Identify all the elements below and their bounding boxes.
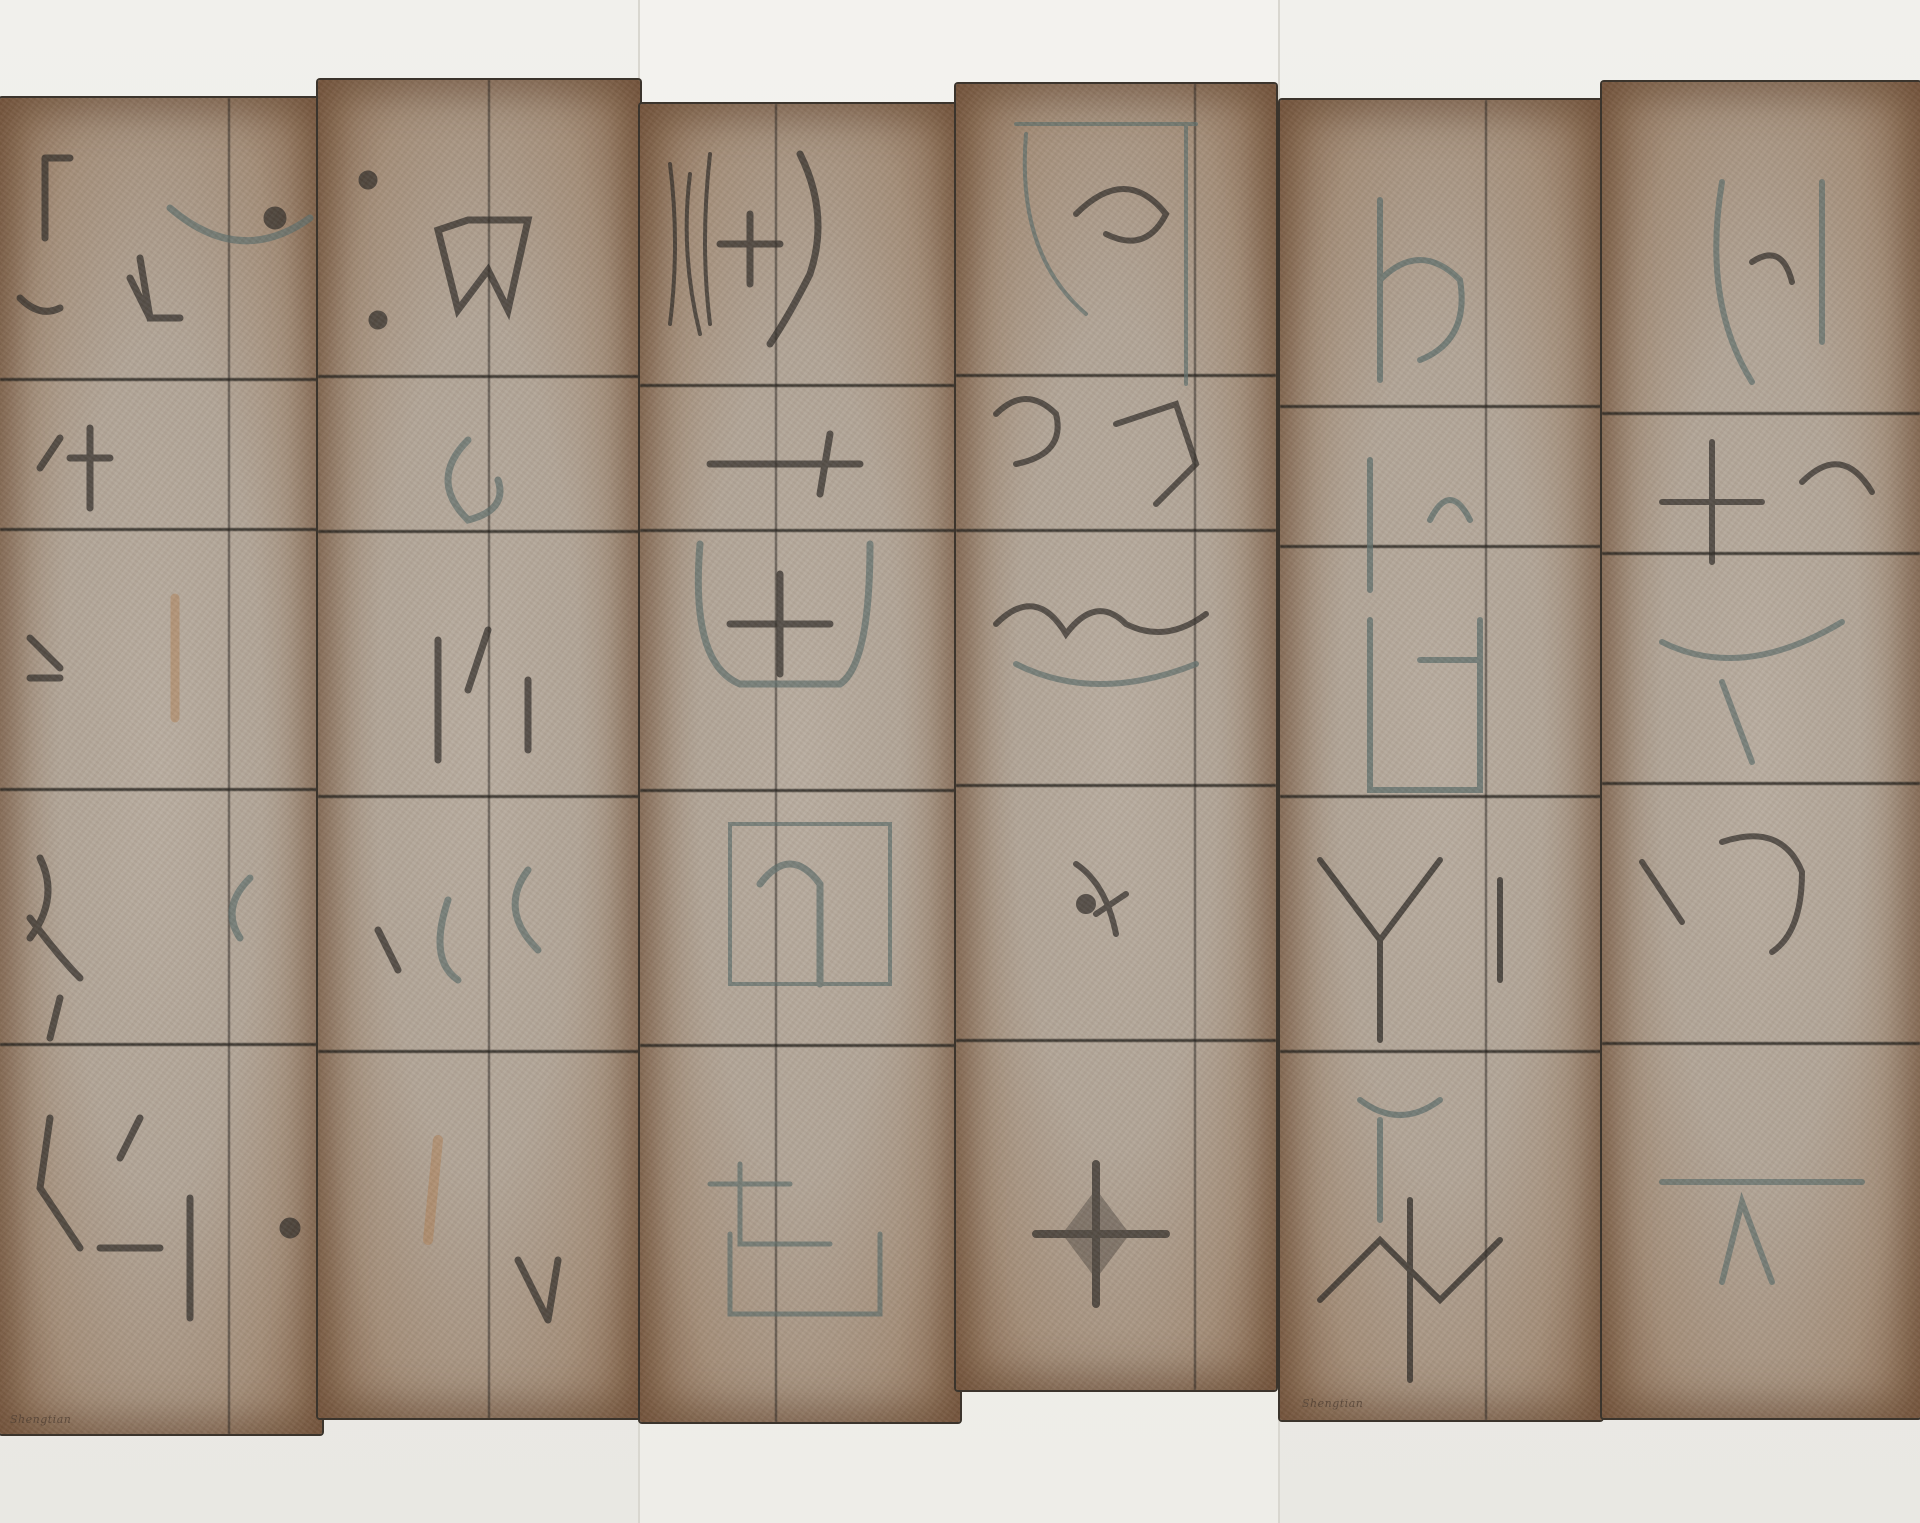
paper-panel-4 bbox=[956, 84, 1276, 1390]
paper-panel-5: Shengtian bbox=[1280, 100, 1602, 1420]
pictograph-glyphs bbox=[318, 80, 640, 1418]
pictograph-glyphs bbox=[1280, 100, 1602, 1420]
artist-signature: Shengtian bbox=[1302, 1397, 1363, 1410]
pictograph-glyphs bbox=[0, 98, 322, 1434]
pictograph-glyphs bbox=[956, 84, 1276, 1390]
paper-panel-2 bbox=[318, 80, 640, 1418]
paper-panel-3 bbox=[640, 104, 960, 1422]
paper-panel-6 bbox=[1602, 82, 1920, 1418]
pictograph-glyphs bbox=[1602, 82, 1920, 1418]
pictograph-glyphs bbox=[640, 104, 960, 1422]
artist-signature: Shengtian bbox=[10, 1413, 71, 1426]
paper-panel-1: Shengtian bbox=[0, 98, 322, 1434]
